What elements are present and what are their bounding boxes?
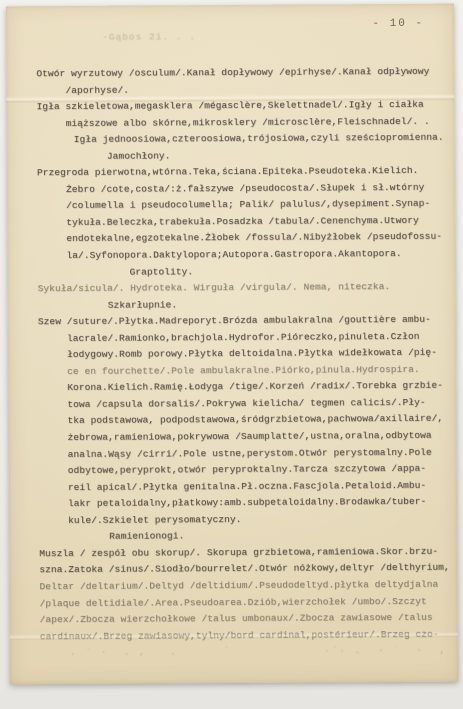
section-heading: Ramienionogi. — [109, 527, 453, 546]
section-heading: Szkarłupnie. — [108, 295, 452, 314]
illegible-faded-line: . ˙ · . , . ˙ ·˙· . · ˙ · , ˙·˙˙ — [70, 643, 454, 662]
section-heading: Graptolity. — [130, 262, 452, 281]
faded-header-annotation: -Gąbos 2i. . . — [102, 31, 196, 43]
scanned-page-photo: - 10 - -Gąbos 2i. . . Otwór wyrzutowy /o… — [0, 0, 463, 709]
page-number: - 10 - — [372, 18, 424, 30]
typewritten-sheet: - 10 - -Gąbos 2i. . . Otwór wyrzutowy /o… — [6, 4, 458, 685]
section-heading: Jamochłony. — [107, 146, 451, 165]
text-lines: Otwór wyrzutowy /osculum/.Kanał dopływow… — [36, 64, 454, 662]
